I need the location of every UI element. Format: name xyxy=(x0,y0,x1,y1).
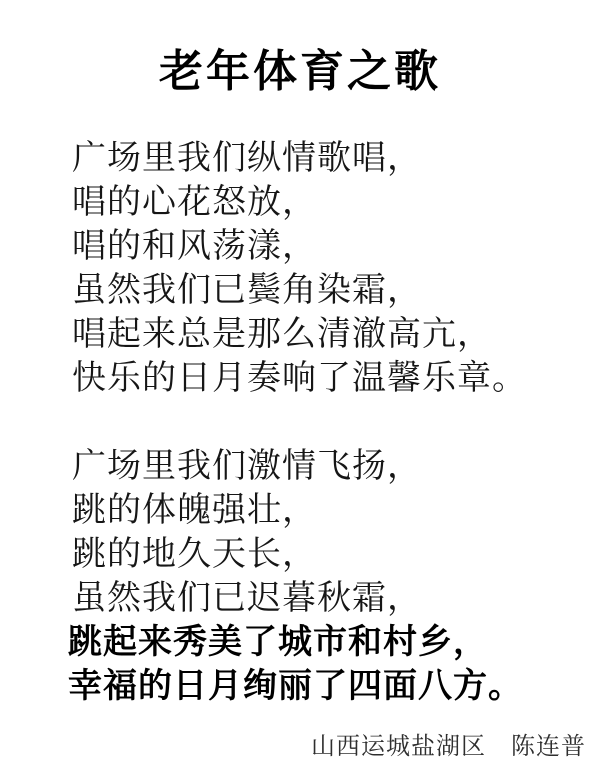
stanza1-line5: 唱起来总是那么清澈高亢， xyxy=(72,312,580,356)
poem-body: 广场里我们纵情歌唱， 唱的心花怒放， 唱的和风荡漾， 虽然我们已鬓角染霜， 唱起… xyxy=(0,136,600,708)
stanza2-line6: 幸福的日月绚丽了四面八方。 xyxy=(68,664,580,708)
stanza1-line4: 虽然我们已鬓角染霜， xyxy=(72,268,580,312)
stanza-2: 广场里我们激情飞扬， 跳的体魄强壮， 跳的地久天长， 虽然我们已迟暮秋霜， 跳起… xyxy=(72,444,580,708)
stanza1-line2: 唱的心花怒放， xyxy=(72,180,580,224)
author-attribution: 山西运城盐湖区 陈连普 xyxy=(311,726,586,759)
poem-title: 老年体育之歌 xyxy=(0,0,600,102)
stanza1-line6: 快乐的日月奏响了温馨乐章。 xyxy=(72,356,580,400)
poem-page: 老年体育之歌 广场里我们纵情歌唱， 唱的心花怒放， 唱的和风荡漾， 虽然我们已鬓… xyxy=(0,0,600,759)
stanza-1: 广场里我们纵情歌唱， 唱的心花怒放， 唱的和风荡漾， 虽然我们已鬓角染霜， 唱起… xyxy=(72,136,580,400)
stanza2-line4: 虽然我们已迟暮秋霜， xyxy=(72,576,580,620)
stanza1-line3: 唱的和风荡漾， xyxy=(72,224,580,268)
stanza2-line3: 跳的地久天长， xyxy=(72,532,580,576)
stanza2-line2: 跳的体魄强壮， xyxy=(72,488,580,532)
stanza2-line5: 跳起来秀美了城市和村乡， xyxy=(68,620,580,664)
stanza1-line1: 广场里我们纵情歌唱， xyxy=(72,136,580,180)
stanza2-line1: 广场里我们激情飞扬， xyxy=(72,444,580,488)
